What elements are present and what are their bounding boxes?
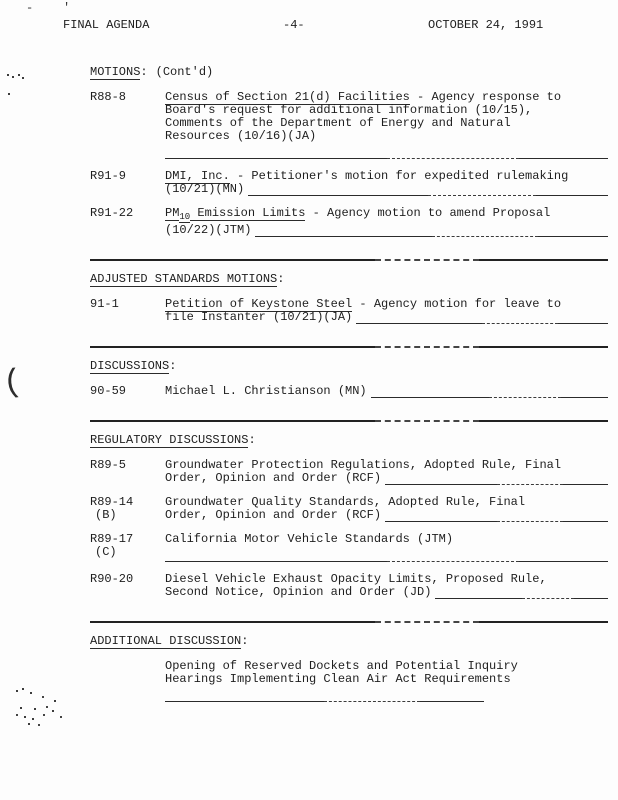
entry-text-line: Resources (10/16)(JA) [165, 130, 608, 143]
docket-subid: (B) [90, 509, 165, 522]
signature-line [165, 551, 608, 562]
docket-number: R90-20 [90, 573, 165, 599]
entry-text-line: Hearings Implementing Clean Air Act Requ… [165, 673, 608, 686]
docket-number: R89-14(B) [90, 496, 165, 522]
line-segment [90, 420, 375, 422]
text-segment: Second Notice, Opinion and Order (JD) [165, 586, 431, 599]
text-segment: PM [165, 206, 179, 221]
docket-number [90, 660, 165, 702]
line-segment [165, 551, 387, 562]
section-heading: MOTIONS:(Cont'd) [90, 66, 608, 79]
line-segment [563, 511, 608, 522]
agenda-entry: R91-9DMI, Inc. - Petitioner's motion for… [90, 170, 608, 196]
signature-line [435, 588, 608, 599]
line-segment [497, 474, 564, 485]
text-segment: Emission Limits [190, 206, 305, 221]
scan-artifact-speckles [16, 690, 18, 692]
line-segment [420, 691, 484, 702]
signature-line [255, 226, 608, 237]
line-segment [371, 387, 490, 398]
line-segment [375, 621, 479, 623]
agenda-entry: R89-5Groundwater Protection Regulations,… [90, 459, 608, 485]
agenda-section: ADDITIONAL DISCUSSION:Opening of Reserve… [90, 635, 608, 702]
docket-number: R88-8 [90, 91, 165, 159]
text-segment: Resources (10/16)(JA) [165, 129, 316, 143]
line-segment [90, 259, 375, 261]
line-segment [522, 588, 574, 599]
agenda-section: REGULATORY DISCUSSIONS:R89-5Groundwater … [90, 434, 608, 599]
text-segment: Order, Opinion and Order (RCF) [165, 509, 381, 522]
line-segment [356, 313, 482, 324]
header-date: OCTOBER 24, 1991 [428, 19, 543, 32]
section-colon: : [241, 634, 248, 648]
line-segment [482, 313, 558, 324]
docket-number: 91-1 [90, 298, 165, 324]
document-title: FINAL AGENDA [63, 19, 149, 32]
line-segment [428, 185, 536, 196]
agenda-entry: R90-20Diesel Vehicle Exhaust Opacity Lim… [90, 573, 608, 599]
line-segment [385, 474, 496, 485]
agenda-entry: R91-22PM10 Emission Limits - Agency moti… [90, 207, 608, 237]
entry-text-line: (10/21)(MN) [165, 183, 608, 196]
entry-text-line: file Instanter (10/21)(JA) [165, 311, 608, 324]
section-divider [90, 259, 608, 261]
section-heading: ADJUSTED STANDARDS MOTIONS: [90, 273, 608, 286]
entry-text: Census of Section 21(d) Facilities - Age… [165, 91, 608, 159]
text-segment: file Instanter (10/21)(JA) [165, 311, 352, 324]
line-segment [375, 346, 479, 348]
line-segment [489, 387, 560, 398]
docket-number: R91-9 [90, 170, 165, 196]
section-heading: ADDITIONAL DISCUSSION: [90, 635, 608, 648]
section-title: ADJUSTED STANDARDS MOTIONS [90, 272, 277, 287]
text-segment: Board's request for additional informati… [165, 103, 532, 117]
entry-text: Michael L. Christianson (MN) [165, 385, 608, 398]
entry-text-line: California Motor Vehicle Standards (JTM) [165, 533, 608, 546]
line-segment [435, 588, 521, 599]
agenda-entry: 91-1Petition of Keystone Steel - Agency … [90, 298, 608, 324]
text-segment: (10/21)(MN) [165, 183, 244, 196]
line-segment [90, 621, 375, 623]
line-segment [255, 226, 431, 237]
entry-text: Groundwater Quality Standards, Adopted R… [165, 496, 608, 522]
text-segment: - Agency response to [410, 90, 561, 104]
line-segment [324, 691, 420, 702]
agenda-entry: R89-14(B)Groundwater Quality Standards, … [90, 496, 608, 522]
docket-id: 90-59 [90, 385, 165, 398]
section-title: MOTIONS [90, 65, 140, 80]
docket-number: 90-59 [90, 385, 165, 398]
signature-line [356, 313, 608, 324]
signature-line [385, 511, 608, 522]
line-segment [519, 148, 608, 159]
section-heading: DISCUSSIONS: [90, 360, 608, 373]
scan-artifact-speckles [7, 74, 9, 76]
line-segment [479, 621, 609, 623]
line-segment [479, 346, 609, 348]
docket-id: R91-22 [90, 207, 165, 220]
line-segment [558, 313, 608, 324]
text-segment: Hearings Implementing Clean Air Act Requ… [165, 672, 511, 686]
entry-text: DMI, Inc. - Petitioner's motion for expe… [165, 170, 608, 196]
line-segment [536, 185, 608, 196]
text-segment: - Agency motion to amend Proposal [305, 206, 550, 220]
scanned-agenda-page: - ' ( FINAL AGENDA -4- OCTOBER 24, 1991 … [0, 0, 618, 800]
section-colon: : [169, 359, 176, 373]
line-segment [248, 185, 428, 196]
line-segment [165, 691, 324, 702]
section-divider [90, 420, 608, 422]
docket-number: R91-22 [90, 207, 165, 237]
section-title: REGULATORY DISCUSSIONS [90, 433, 248, 448]
entry-text-line: Order, Opinion and Order (RCF) [165, 472, 608, 485]
scan-artifact-paren: ( [2, 375, 22, 390]
text-segment: Groundwater Protection Regulations, Adop… [165, 458, 561, 472]
entry-text: California Motor Vehicle Standards (JTM) [165, 533, 608, 562]
docket-number: R89-17(C) [90, 533, 165, 562]
line-segment [375, 259, 479, 261]
agenda-body: MOTIONS:(Cont'd)R88-8Census of Section 2… [0, 66, 618, 702]
docket-number: R89-5 [90, 459, 165, 485]
agenda-section: MOTIONS:(Cont'd)R88-8Census of Section 2… [90, 66, 608, 237]
section-colon: : [248, 433, 255, 447]
text-segment: - Agency motion for leave to [352, 297, 561, 311]
page-header: FINAL AGENDA -4- OCTOBER 24, 1991 [0, 0, 618, 31]
line-segment [387, 551, 520, 562]
entry-text-line: Michael L. Christianson (MN) [165, 385, 608, 398]
line-segment [574, 588, 609, 599]
entry-text: Diesel Vehicle Exhaust Opacity Limits, P… [165, 573, 608, 599]
agenda-entry: R88-8Census of Section 21(d) Facilities … [90, 91, 608, 159]
text-segment: (10/22)(JTM) [165, 224, 251, 237]
signature-line [248, 185, 608, 196]
line-segment [90, 346, 375, 348]
line-segment [561, 387, 608, 398]
line-segment [479, 259, 609, 261]
text-segment: Order, Opinion and Order (RCF) [165, 472, 381, 485]
section-title: DISCUSSIONS [90, 359, 169, 374]
section-colon: : [277, 272, 284, 286]
entry-text-line: (10/22)(JTM) [165, 224, 608, 237]
docket-id: R89-5 [90, 459, 165, 472]
text-segment: Groundwater Quality Standards, Adopted R… [165, 495, 525, 509]
docket-id: R91-9 [90, 170, 165, 183]
line-segment [563, 474, 608, 485]
line-segment [519, 551, 608, 562]
docket-id: 91-1 [90, 298, 165, 311]
docket-subid: (C) [90, 546, 165, 559]
section-colon: : [140, 65, 147, 79]
entry-text: Groundwater Protection Regulations, Adop… [165, 459, 608, 485]
agenda-entry: R89-17(C)California Motor Vehicle Standa… [90, 533, 608, 562]
agenda-entry: Opening of Reserved Dockets and Potentia… [90, 660, 608, 702]
agenda-section: ADJUSTED STANDARDS MOTIONS:91-1Petition … [90, 273, 608, 324]
signature-line [165, 691, 484, 702]
agenda-entry: 90-59Michael L. Christianson (MN) [90, 385, 608, 398]
text-segment: Michael L. Christianson (MN) [165, 385, 367, 398]
line-segment [385, 511, 496, 522]
line-segment [497, 511, 564, 522]
text-segment: Diesel Vehicle Exhaust Opacity Limits, P… [165, 572, 547, 586]
section-heading: REGULATORY DISCUSSIONS: [90, 434, 608, 447]
text-segment: California Motor Vehicle Standards (JTM) [165, 532, 453, 546]
docket-id: R88-8 [90, 91, 165, 104]
entry-text-line: Second Notice, Opinion and Order (JD) [165, 586, 608, 599]
line-segment [479, 420, 609, 422]
text-segment: Opening of Reserved Dockets and Potentia… [165, 659, 518, 673]
page-number: -4- [283, 19, 305, 32]
entry-text-line: PM10 Emission Limits - Agency motion to … [165, 207, 608, 224]
text-segment: Comments of the Department of Energy and… [165, 116, 511, 130]
section-divider [90, 346, 608, 348]
signature-line [371, 387, 608, 398]
docket-id: R90-20 [90, 573, 165, 586]
line-segment [375, 420, 479, 422]
entry-text: Petition of Keystone Steel - Agency moti… [165, 298, 608, 324]
line-segment [538, 226, 609, 237]
text-segment: 10 [179, 212, 190, 223]
text-segment: - Petitioner's motion for expedited rule… [230, 169, 568, 183]
section-divider [90, 621, 608, 623]
line-segment [165, 148, 387, 159]
entry-text: PM10 Emission Limits - Agency motion to … [165, 207, 608, 237]
line-segment [432, 226, 538, 237]
signature-line [165, 148, 608, 159]
line-segment [387, 148, 520, 159]
section-suffix: (Cont'd) [156, 65, 214, 79]
signature-line [385, 474, 608, 485]
entry-text: Opening of Reserved Dockets and Potentia… [165, 660, 608, 702]
section-title: ADDITIONAL DISCUSSION [90, 634, 241, 649]
agenda-section: DISCUSSIONS:90-59Michael L. Christianson… [90, 360, 608, 398]
entry-text-line: Order, Opinion and Order (RCF) [165, 509, 608, 522]
